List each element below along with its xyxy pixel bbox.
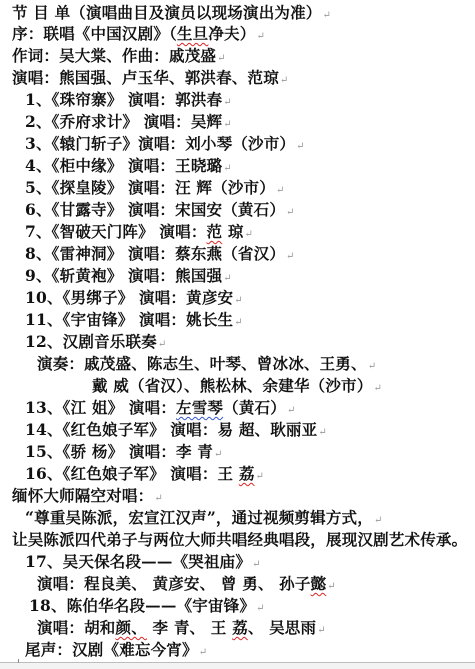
item-text: 3、《辕门斩子》演唱：刘小琴（沙市） bbox=[25, 134, 295, 153]
item-text: 戴 威（省汉）、熊松林、余建华（沙市） bbox=[92, 376, 372, 395]
paragraph-mark-icon: ↵ bbox=[223, 119, 232, 130]
paragraph-mark-icon: ↵ bbox=[287, 405, 296, 416]
paragraph-mark-icon: ↵ bbox=[158, 339, 167, 350]
desc-text: 让吴陈派四代弟子与两位大师共唱经典唱段，展现汉剧艺术传承。 bbox=[12, 530, 467, 549]
item-text: 10、《男绑子》 演唱：黄彦安 bbox=[25, 288, 233, 307]
grammar-underlined-word: 左雪琴 bbox=[176, 398, 223, 417]
finale-line: 尾声：汉剧《难忘今宵》↵ bbox=[25, 639, 207, 664]
item-text: 6、《甘露寺》 演唱：宋国安（黄石） bbox=[25, 200, 285, 219]
item-text: 4、《柜中缘》 演唱：王晓璐 bbox=[25, 156, 222, 175]
finale-text: 尾声：汉剧《难忘今宵》 bbox=[25, 640, 198, 659]
paragraph-mark-icon: ↵ bbox=[154, 493, 163, 504]
item-text: 17、吴天保名段——《哭祖庙》 bbox=[25, 552, 251, 571]
item-text: 14、《红色娘子军》 演唱：易 超、耿丽亚 bbox=[25, 420, 317, 439]
item-text: 15、《骄 杨》 演唱：李 青 bbox=[25, 442, 213, 461]
spellcheck-underlined-word: 范 bbox=[207, 222, 223, 241]
paragraph-mark-icon: ↵ bbox=[256, 31, 265, 42]
item-text-tail: 、 吴思雨 bbox=[248, 618, 316, 637]
spellcheck-underlined-word: 懿 bbox=[311, 574, 327, 593]
spellcheck-underlined-word: 荔 bbox=[232, 618, 248, 637]
tribute-description-2: 让吴陈派四代弟子与两位大师共唱经典唱段，展现汉剧艺术传承。 bbox=[12, 529, 467, 551]
paragraph-mark-icon: ↵ bbox=[286, 251, 295, 262]
paragraph-mark-icon: ↵ bbox=[234, 295, 243, 306]
paragraph-mark-icon: ↵ bbox=[223, 273, 232, 284]
paragraph-mark-icon: ↵ bbox=[217, 53, 226, 64]
paragraph-mark-icon: ↵ bbox=[373, 383, 382, 394]
item-text: 8、《雷神洞》 演唱：蔡东燕（省汉） bbox=[25, 244, 285, 263]
paragraph-mark-icon: ↵ bbox=[256, 471, 265, 482]
paragraph-mark-icon: ↵ bbox=[252, 559, 261, 570]
paragraph-mark-icon: ↵ bbox=[256, 603, 265, 614]
paragraph-mark-icon: ↵ bbox=[296, 141, 305, 152]
performers-text: 演唱：熊国强、卢玉华、郭洪春、范琼 bbox=[12, 68, 279, 87]
item-text: 7、《智破天门阵》 演唱： bbox=[25, 222, 207, 241]
item-text: 2、《乔府求计》 演唱：吴辉 bbox=[25, 112, 222, 131]
paragraph-mark-icon: ↵ bbox=[368, 361, 377, 372]
item-text: 13、《江 姐》 演唱： bbox=[25, 398, 176, 417]
item-text: 演奏：戚茂盛、陈志生、叶琴、曾冰冰、王勇、 bbox=[37, 354, 367, 373]
item-text: 18、陈伯华名段——《宇宙锋》 bbox=[29, 596, 255, 615]
paragraph-mark-icon: ↵ bbox=[223, 97, 232, 108]
paragraph-mark-icon: ↵ bbox=[286, 207, 295, 218]
item-text: 16、《红色娘子军》 演唱：王 bbox=[25, 464, 239, 483]
paragraph-mark-icon: ↵ bbox=[199, 647, 208, 658]
paragraph-mark-icon: ↵ bbox=[323, 10, 332, 21]
paragraph-mark-icon: ↵ bbox=[317, 625, 326, 636]
spellcheck-underlined-word: 颜、 bbox=[116, 618, 147, 637]
paragraph-mark-icon: ↵ bbox=[214, 449, 223, 460]
title-text: 节 目 单（演唱曲目及演员以现场演出为准） bbox=[12, 3, 322, 22]
credits-text: 作词：吴大棠、作曲：戚茂盛 bbox=[12, 46, 216, 65]
paragraph-mark-icon: ↵ bbox=[374, 515, 383, 526]
paragraph-mark-icon: ↵ bbox=[245, 229, 254, 240]
page-corner-mark bbox=[18, 659, 19, 663]
item-text: 12、汉剧音乐联奏 bbox=[25, 332, 157, 351]
paragraph-mark-icon: ↵ bbox=[276, 185, 285, 196]
paragraph-mark-icon: ↵ bbox=[280, 75, 289, 86]
document-page: 节 目 单（演唱曲目及演员以现场演出为准）↵ 序：联唱《中国汉剧》（生旦净夫）↵… bbox=[0, 0, 475, 660]
item-text-tail: （黄石） bbox=[223, 398, 286, 417]
paragraph-mark-icon: ↵ bbox=[327, 581, 336, 592]
desc-text: “尊重吴陈派，宏宣江汉声”，通过视频剪辑方式， bbox=[25, 508, 373, 527]
item-text-tail: 琼 bbox=[222, 222, 243, 241]
item-text: 演唱：胡和 bbox=[37, 618, 116, 637]
item-text-mid: 李 青、 王 bbox=[147, 618, 232, 637]
spellcheck-underlined-word: 荔 bbox=[239, 464, 255, 483]
spellcheck-underlined-word: 生旦 bbox=[177, 24, 208, 43]
item-text: 9、《斩黄袍》 演唱：熊国强 bbox=[25, 266, 222, 285]
item-text: 11、《宇宙锋》 演唱：姚长生 bbox=[25, 310, 233, 329]
page-gap bbox=[0, 663, 475, 669]
item-text: 演唱：程良美、 黄彦安、 曾 勇、 孙子 bbox=[37, 574, 311, 593]
item-text: 5、《探皇陵》 演唱：汪 辉（沙市） bbox=[25, 178, 275, 197]
paragraph-mark-icon: ↵ bbox=[223, 163, 232, 174]
paragraph-mark-icon: ↵ bbox=[318, 427, 327, 438]
paragraph-mark-icon: ↵ bbox=[234, 317, 243, 328]
item-text: 1、《珠帘寨》 演唱：郭洪春 bbox=[25, 90, 222, 109]
heading-text: 缅怀大师隔空对唱： bbox=[12, 486, 153, 505]
